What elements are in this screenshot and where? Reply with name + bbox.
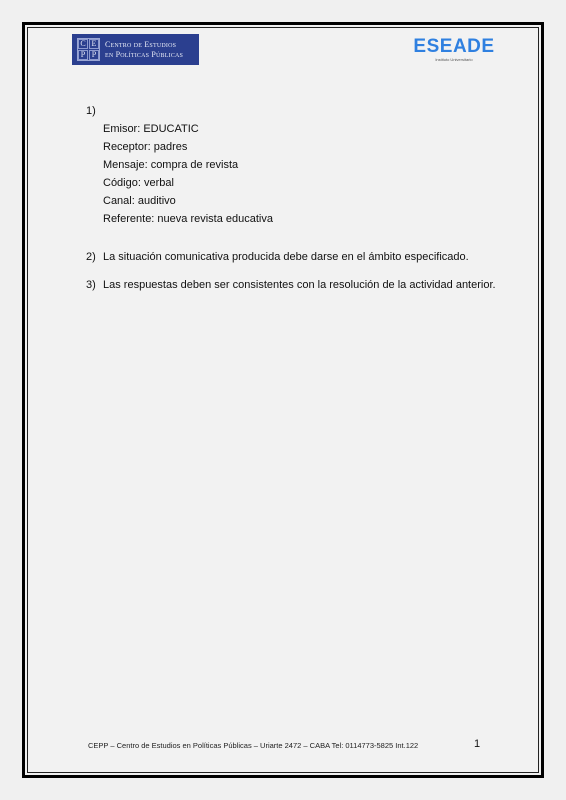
cepp-letter: P — [89, 50, 99, 60]
eseade-logo: ESEADE Instituto Universitario — [409, 37, 499, 63]
item-3-number: 3) — [86, 279, 103, 291]
item-1-details: Emisor: EDUCATIC Receptor: padres Mensaj… — [103, 120, 273, 228]
detail-referente: Referente: nueva revista educativa — [103, 210, 273, 228]
detail-codigo: Código: verbal — [103, 174, 273, 192]
cepp-logo-line2: en Políticas Públicas — [105, 50, 183, 60]
cepp-logo: C E P P Centro de Estudios en Políticas … — [72, 34, 199, 65]
detail-mensaje: Mensaje: compra de revista — [103, 156, 273, 174]
cepp-letter: C — [78, 39, 88, 49]
footer-text: CEPP – Centro de Estudios en Políticas P… — [88, 741, 418, 750]
detail-receptor: Receptor: padres — [103, 138, 273, 156]
cepp-letter: E — [89, 39, 99, 49]
eseade-logo-name: ESEADE — [409, 37, 499, 57]
item-1: 1) Emisor: EDUCATIC Receptor: padres Men… — [86, 102, 273, 228]
item-2: 2)La situación comunicativa producida de… — [86, 251, 469, 263]
item-2-text: La situación comunicativa producida debe… — [103, 251, 469, 263]
page-number: 1 — [474, 738, 480, 750]
eseade-logo-subtitle: Instituto Universitario — [409, 57, 499, 63]
cepp-logo-text: Centro de Estudios en Políticas Públicas — [105, 40, 183, 60]
item-2-number: 2) — [86, 251, 103, 263]
detail-canal: Canal: auditivo — [103, 192, 273, 210]
cepp-logo-line1: Centro de Estudios — [105, 40, 183, 50]
item-3: 3)Las respuestas deben ser consistentes … — [86, 279, 496, 291]
cepp-monogram: C E P P — [77, 38, 100, 61]
cepp-letter: P — [78, 50, 88, 60]
item-3-text: Las respuestas deben ser consistentes co… — [103, 279, 496, 291]
item-1-number: 1) — [86, 102, 273, 120]
detail-emisor: Emisor: EDUCATIC — [103, 120, 273, 138]
